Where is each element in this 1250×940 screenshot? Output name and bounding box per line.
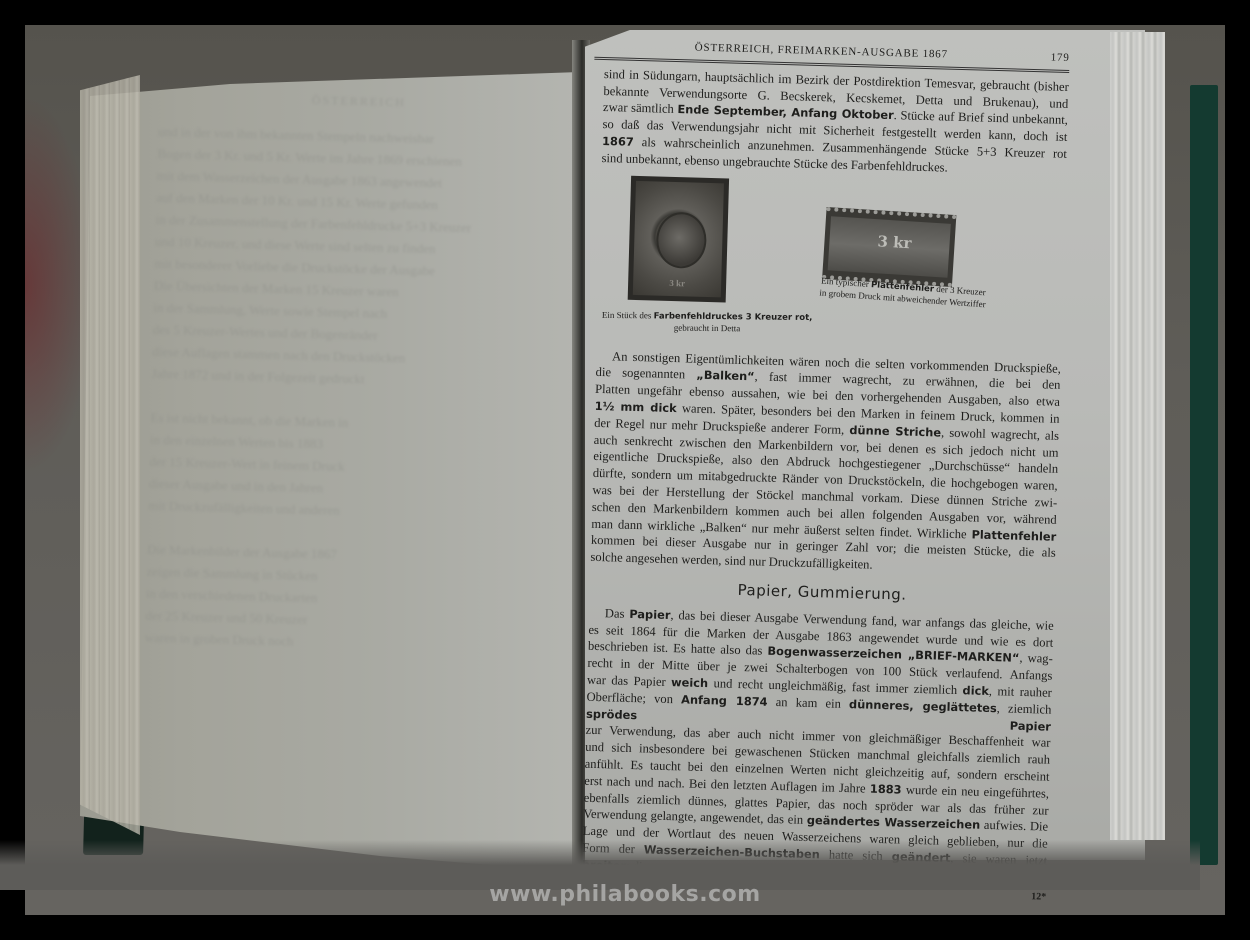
- stamp-value: 3 kr: [633, 274, 721, 293]
- paragraph-peculiarities: An sonstigen Eigentümlichkeiten wären no…: [590, 347, 1061, 578]
- stamp-image-plate-flaw: 3 kr: [822, 207, 956, 287]
- left-page-lines: und in der von ihm bekannten Stempeln na…: [144, 121, 558, 659]
- watermark-text: www.philabooks.com: [0, 882, 1250, 907]
- stamp-value: 3 kr: [877, 233, 912, 252]
- page-number: 179: [1050, 49, 1069, 66]
- stamp-portrait: [656, 211, 708, 268]
- book-cover-right: [1190, 85, 1218, 865]
- right-page-content: ÖSTERREICH, FREIMARKEN-AUSGABE 1867 179 …: [581, 37, 1070, 907]
- figures: 3 kr Ein Stück des Farbenfehldruckes 3 K…: [596, 173, 1066, 361]
- left-page-edges: [80, 75, 140, 835]
- stamp-image-color-error: 3 kr: [628, 175, 729, 302]
- intro-paragraph: sind in Südungarn, hauptsächlich im Bezi…: [601, 66, 1069, 180]
- right-page-edges: [1110, 32, 1165, 840]
- left-page-text: ÖSTERREICH und in der von ihm bekannten …: [141, 85, 559, 795]
- figure-caption-1: Ein Stück des Farbenfehldruckes 3 Kreuze…: [597, 309, 817, 334]
- section-heading: Papier, Gummierung.: [589, 578, 1054, 608]
